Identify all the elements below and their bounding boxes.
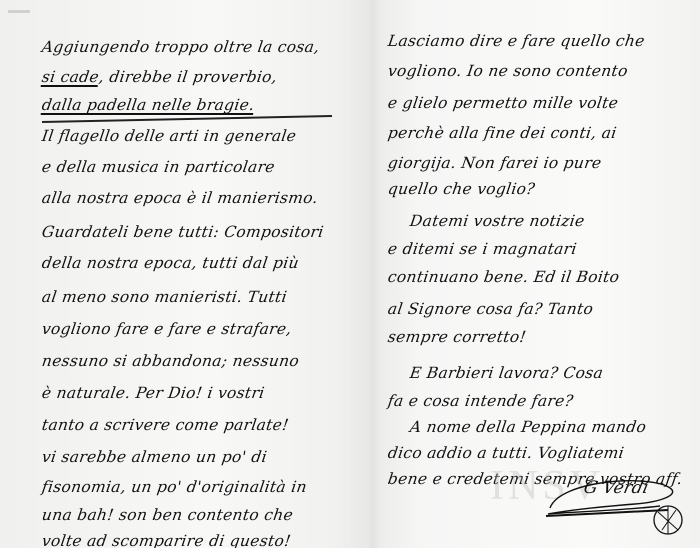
letter-line: Aggiungendo troppo oltre la cosa, — [41, 38, 321, 56]
letter-line: nessuno si abbandona; nessuno — [41, 352, 301, 370]
letter-line: perchè alla fine dei conti, ai — [387, 124, 618, 142]
letter-line: Guardateli bene tutti: Compositori — [41, 223, 325, 241]
letter-line: quello che voglio? — [387, 180, 537, 198]
line-rest: , direbbe il proverbio, — [98, 68, 279, 86]
letter-line: Datemi vostre notizie — [409, 212, 586, 230]
letter-line: E Barbieri lavora? Cosa — [409, 364, 605, 382]
letter-line: vogliono fare e fare e strafare, — [41, 320, 293, 338]
letter-line: dico addio a tutti. Vogliatemi — [387, 444, 626, 462]
letter-line: vi sarebbe almeno un po' di — [41, 448, 269, 466]
letter-line: giorgija. Non farei io pure — [387, 154, 603, 172]
letter-line: e glielo permetto mille volte — [387, 94, 620, 112]
letter-line: fa e cosa intende fare? — [387, 392, 575, 410]
underline-rule — [42, 115, 332, 123]
letter-line: della nostra epoca, tutti dal più — [41, 254, 300, 272]
letter-line: tanto a scrivere come parlate! — [41, 416, 290, 434]
letter-line: al Signore cosa fa? Tanto — [387, 300, 595, 318]
corner-mark — [8, 10, 30, 13]
letter-line: Lasciamo dire e fare quello che — [387, 32, 646, 50]
signature: G Verdi — [540, 470, 690, 545]
letter-line: continuano bene. Ed il Boito — [387, 268, 621, 286]
letter-line: e ditemi se i magnatari — [387, 240, 578, 258]
letter-sheet: Aggiungendo troppo oltre la cosa, si cad… — [0, 0, 700, 548]
letter-line: volte ad scomparire di questo! — [41, 532, 292, 548]
letter-line: e della musica in particolare — [41, 158, 276, 176]
letter-line: vogliono. Io ne sono contento — [387, 62, 629, 80]
letter-line: alla nostra epoca è il manierismo. — [41, 189, 319, 207]
letter-line: fisonomia, un po' d'originalità in — [41, 478, 308, 496]
page-fold — [366, 0, 380, 548]
signature-name: G Verdi — [582, 478, 650, 498]
underlined-phrase: si cade — [41, 68, 100, 86]
letter-line: Il flagello delle arti in generale — [41, 127, 298, 145]
letter-line: è naturale. Per Dio! i vostri — [41, 384, 266, 402]
letter-line: A nome della Peppina mando — [409, 418, 648, 436]
letter-line: una bah! son ben contento che — [41, 506, 295, 524]
letter-line: dalla padella nelle bragie. — [41, 96, 256, 114]
letter-line: al meno sono manieristi. Tutti — [41, 288, 288, 306]
letter-line: si cade, direbbe il proverbio, — [41, 68, 279, 86]
letter-line: sempre corretto! — [387, 328, 528, 346]
